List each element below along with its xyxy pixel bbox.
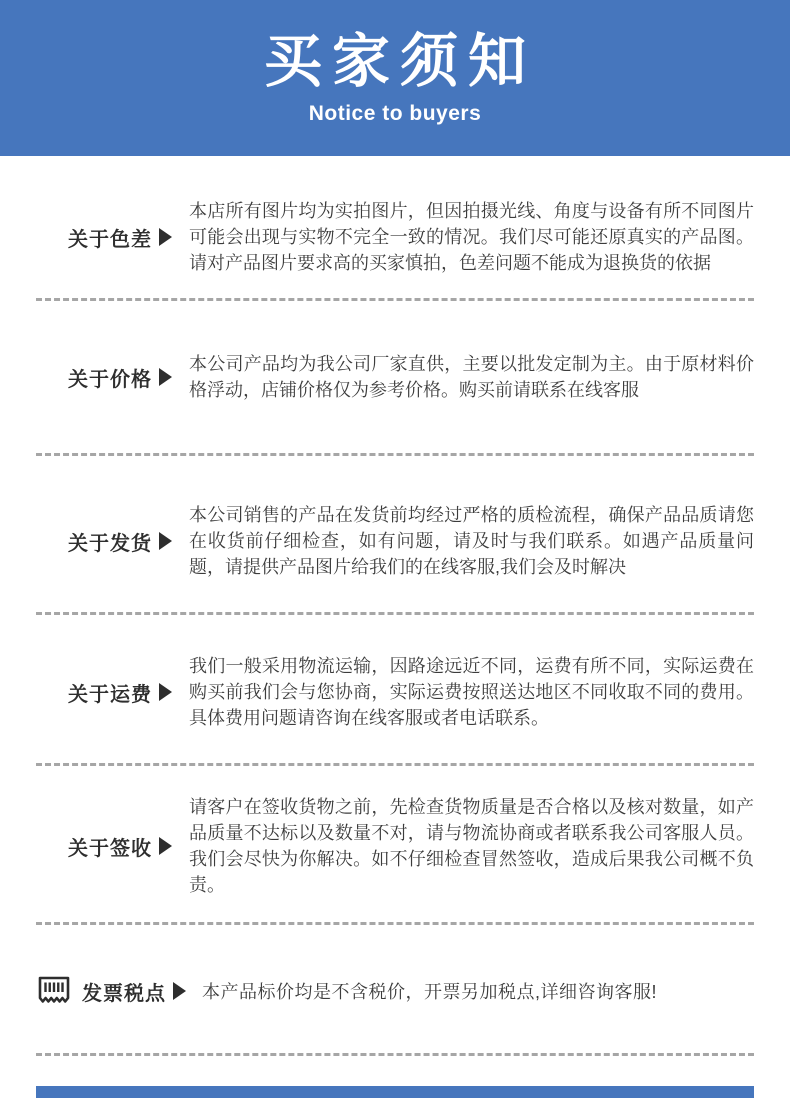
section-label-text: 关于签收: [68, 832, 152, 861]
section-label-invoice-tax: 发票税点: [82, 977, 186, 1006]
section-price: 关于价格 本公司产品均为我公司厂家直供，主要以批发定制为主。由于原材料价格浮动，…: [36, 301, 754, 453]
section-label-text: 发票税点: [82, 977, 166, 1006]
section-shipping: 关于发货 本公司销售的产品在发货前均经过严格的质检流程，确保产品品质请您在收货前…: [36, 456, 754, 612]
section-body-color-difference: 本店所有图片均为实拍图片，但因拍摄光线、角度与设备有所不同图片可能会出现与实物不…: [172, 198, 754, 276]
section-label-text: 关于运费: [68, 678, 152, 707]
section-label-price: 关于价格: [36, 363, 172, 392]
section-body-price: 本公司产品均为我公司厂家直供，主要以批发定制为主。由于原材料价格浮动，店铺价格仅…: [172, 351, 754, 403]
receipt-icon: [36, 975, 72, 1007]
page-subtitle: Notice to buyers: [309, 102, 482, 126]
section-body-shipping: 本公司销售的产品在发货前均经过严格的质检流程，确保产品品质请您在收货前仔细检查，…: [172, 502, 754, 580]
footer-accent-bar: [36, 1086, 754, 1098]
arrow-right-icon: [159, 837, 172, 855]
arrow-right-icon: [159, 368, 172, 386]
page-title: 买家须知: [254, 30, 536, 94]
header-banner: 买家须知 Notice to buyers: [0, 0, 790, 156]
section-label-text: 关于发货: [68, 527, 152, 556]
arrow-right-icon: [159, 228, 172, 246]
section-label-freight: 关于运费: [36, 678, 172, 707]
section-label-text: 关于价格: [68, 363, 152, 392]
section-freight: 关于运费 我们一般采用物流运输，因路途远近不同，运费有所不同，实际运费在购买前我…: [36, 615, 754, 763]
section-label-shipping: 关于发货: [36, 527, 172, 556]
arrow-right-icon: [173, 982, 186, 1000]
section-color-difference: 关于色差 本店所有图片均为实拍图片，但因拍摄光线、角度与设备有所不同图片可能会出…: [36, 156, 754, 298]
dashed-divider: [36, 1053, 754, 1056]
arrow-right-icon: [159, 683, 172, 701]
section-label-text: 关于色差: [68, 223, 152, 252]
arrow-right-icon: [159, 532, 172, 550]
notice-list: 关于色差 本店所有图片均为实拍图片，但因拍摄光线、角度与设备有所不同图片可能会出…: [0, 156, 790, 1056]
section-label-color-difference: 关于色差: [36, 223, 172, 252]
section-label-sign-off: 关于签收: [36, 832, 172, 861]
section-body-freight: 我们一般采用物流运输，因路途远近不同，运费有所不同，实际运费在购买前我们会与您协…: [172, 653, 754, 731]
section-body-invoice-tax: 本产品标价均是不含税价，开票另加税点,详细咨询客服!: [202, 978, 657, 1004]
section-body-sign-off: 请客户在签收货物之前，先检查货物质量是否合格以及核对数量，如产品质量不达标以及数…: [172, 794, 754, 898]
section-invoice-tax: 发票税点 本产品标价均是不含税价，开票另加税点,详细咨询客服!: [36, 925, 754, 1053]
section-sign-off: 关于签收 请客户在签收货物之前，先检查货物质量是否合格以及核对数量，如产品质量不…: [36, 766, 754, 922]
